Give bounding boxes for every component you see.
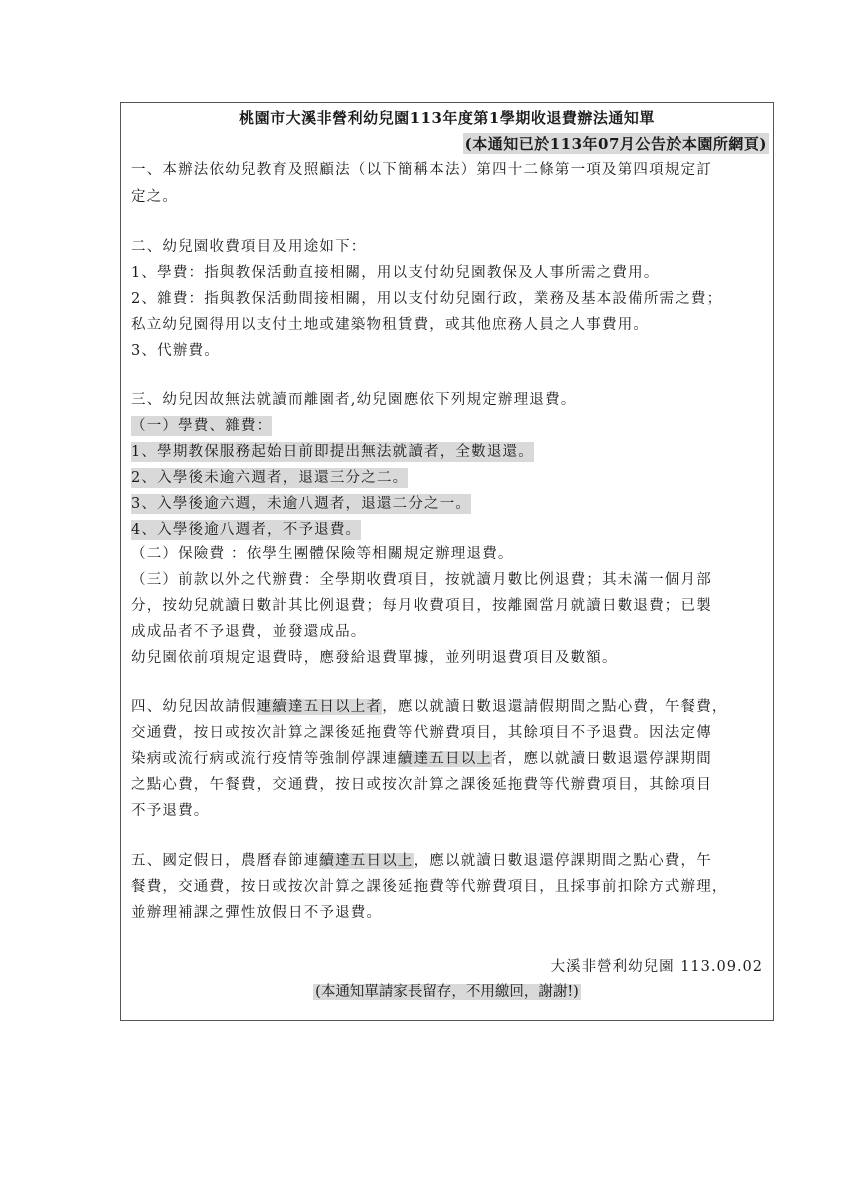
section2-item: 私立幼兒園得用以支付土地或建築物租賃費，或其他庶務人員之人事費用。 bbox=[131, 315, 649, 335]
section2-item: 2、雜費：指與教保活動間接相關，用以支付幼兒園行政，業務及基本設備所需之費； bbox=[131, 289, 722, 309]
section3-sub3-line: 分，按幼兒就讀日數計其比例退費；每月收費項目，按離園當月就讀日數退費；已製 bbox=[131, 596, 712, 616]
section4-text: ，應以就讀日數退還請假期間之點心費，午餐費， bbox=[382, 699, 727, 715]
section3-sub1-heading: （一）學費、雜費： bbox=[131, 416, 272, 436]
section2-item: 1、學費：指與教保活動直接相關，用以支付幼兒園教保及人事所需之費用。 bbox=[131, 263, 660, 283]
section4-line: 交通費，按日或按次計算之課後延拖費等代辦費項目，其餘項目不予退費。因法定傳 bbox=[131, 723, 712, 743]
document-title: 桃園市大溪非營利幼兒園113年度第1學期收退費辦法通知單 bbox=[121, 107, 773, 128]
section5-text: ，應以就讀日數退還停課期間之點心費，午 bbox=[414, 853, 712, 869]
section1-line: 一、本辦法依幼兒教育及照顧法（以下簡稱本法）第四十二條第一項及第四項規定訂 bbox=[131, 160, 712, 180]
section4-text: 四、幼兒因故請假 bbox=[131, 699, 257, 715]
footer-note-text: (本通知單請家長留存，不用繳回，謝謝!) bbox=[313, 984, 581, 1000]
section3-closing: 幼兒園依前項規定退費時，應發給退費單據，並列明退費項目及數額。 bbox=[131, 648, 618, 668]
section4-line: 之點心費，午餐費，交通費，按日或按次計算之課後延拖費等代辦費項目，其餘項目 bbox=[131, 775, 712, 795]
notice-document: 桃園市大溪非營利幼兒園113年度第1學期收退費辦法通知單 (本通知已於113年0… bbox=[120, 102, 774, 1021]
section3-sub1-item: 4、入學後逾八週者，不予退費。 bbox=[131, 520, 361, 540]
section3-sub1-item: 3、入學後逾六週，未逾八週者，退還二分之一。 bbox=[131, 494, 471, 514]
section4-text: 染病或流行病或流行疫情等強制停課連 bbox=[131, 751, 398, 767]
signature: 大溪非營利幼兒園 113.09.02 bbox=[551, 955, 763, 976]
section3-sub3-line: 成成品者不予退費，並發還成品。 bbox=[131, 622, 367, 642]
section4-highlight: 連續達五日以上者 bbox=[257, 699, 383, 715]
section3-sub1-item: 2、入學後未逾六週者，退還三分之二。 bbox=[131, 468, 408, 488]
section5-line: 並辦理補課之彈性放假日不予退費。 bbox=[131, 903, 382, 923]
section4-line: 四、幼兒因故請假連續達五日以上者，應以就讀日數退還請假期間之點心費，午餐費， bbox=[131, 697, 728, 717]
section3-sub3-line: （三）前款以外之代辦費：全學期收費項目，按就讀月數比例退費；其未滿一個月部 bbox=[131, 570, 712, 590]
footer-note: (本通知單請家長留存，不用繳回，謝謝!) bbox=[121, 980, 773, 1001]
section3-heading: 三、幼兒因故無法就讀而離園者,幼兒園應依下列規定辦理退費。 bbox=[131, 390, 576, 410]
section3-sub1-item: 1、學期教保服務起始日前即提出無法就讀者，全數退還。 bbox=[131, 442, 534, 462]
section4-text: 者，應以就讀日數退還停課期間 bbox=[492, 751, 712, 767]
section3-sub2: （二）保險費 ：依學生團體保險等相關規定辦理退費。 bbox=[131, 544, 514, 564]
document-subtitle: (本通知已於113年07月公告於本園所網頁) bbox=[463, 133, 769, 154]
section1-line: 定之。 bbox=[131, 187, 178, 207]
section2-item: 3、代辦費。 bbox=[131, 341, 220, 361]
section5-text: 五、國定假日，農曆春節連 bbox=[131, 853, 319, 869]
section4-line: 不予退費。 bbox=[131, 801, 210, 821]
section5-line: 五、國定假日，農曆春節連續達五日以上，應以就讀日數退還停課期間之點心費，午 bbox=[131, 851, 712, 871]
section5-highlight: 續達五日以上 bbox=[319, 853, 413, 869]
section2-heading: 二、幼兒園收費項目及用途如下： bbox=[131, 237, 367, 257]
section4-line: 染病或流行病或流行疫情等強制停課連續達五日以上者，應以就讀日數退還停課期間 bbox=[131, 749, 712, 769]
section4-highlight: 續達五日以上 bbox=[398, 751, 492, 767]
section5-line: 餐費，交通費，按日或按次計算之課後延拖費等代辦費項目，且採事前扣除方式辦理， bbox=[131, 877, 728, 897]
